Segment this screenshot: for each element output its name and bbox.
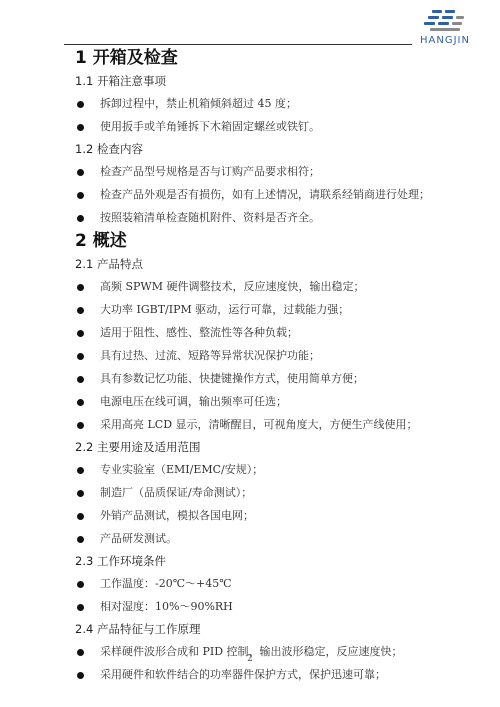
section-heading: 2.1 产品特点 bbox=[75, 253, 495, 275]
list-item-text: 采用硬件和软件结合的功率器件保护方式，保护迅速可靠； bbox=[100, 668, 386, 681]
list-item: 产品研发测试。 bbox=[75, 527, 495, 550]
company-logo: HANGJIN bbox=[410, 8, 480, 48]
chapter-heading: 2 概述 bbox=[75, 229, 495, 253]
bullet-icon bbox=[77, 169, 84, 176]
document-body: 1 开箱及检查1.1 开箱注意事项拆卸过程中，禁止机箱倾斜超过 45 度；使用扳… bbox=[75, 46, 495, 686]
list-item: 大功率 IGBT/IPM 驱动，运行可靠，过载能力强； bbox=[75, 298, 495, 321]
list-item-text: 相对湿度：10%～90%RH bbox=[100, 600, 233, 613]
list-item-text: 具有参数记忆功能、快捷键操作方式，使用简单方便； bbox=[100, 372, 364, 385]
list-item-text: 产品研发测试。 bbox=[100, 532, 177, 545]
list-item-text: 具有过热、过流、短路等异常状况保护功能； bbox=[100, 349, 320, 362]
list-item-text: 制造厂（品质保证/寿命测试）； bbox=[100, 486, 252, 499]
logo-mark-icon bbox=[422, 8, 472, 34]
list-item-text: 电源电压在线可调，输出频率可任选； bbox=[100, 395, 287, 408]
list-item-text: 检查产品外观是否有损伤，如有上述情况，请联系经销商进行处理； bbox=[100, 188, 430, 201]
list-item-text: 使用扳手或羊角锤拆下木箱固定螺丝或铁钉。 bbox=[100, 120, 320, 133]
list-item: 专业实验室（EMI/EMC/安规）； bbox=[75, 458, 495, 481]
list-item-text: 拆卸过程中，禁止机箱倾斜超过 45 度； bbox=[100, 97, 297, 110]
bullet-icon bbox=[77, 604, 84, 611]
bullet-icon bbox=[77, 192, 84, 199]
list-item-text: 工作温度：-20℃～+45℃ bbox=[100, 577, 232, 590]
bullet-icon bbox=[77, 284, 84, 291]
bullet-icon bbox=[77, 101, 84, 108]
bullet-icon bbox=[77, 490, 84, 497]
list-item-text: 外销产品测试，模拟各国电网； bbox=[100, 509, 254, 522]
list-item: 采用硬件和软件结合的功率器件保护方式，保护迅速可靠； bbox=[75, 663, 495, 686]
bullet-icon bbox=[77, 467, 84, 474]
list-item: 检查产品型号规格是否与订购产品要求相符； bbox=[75, 160, 495, 183]
page-number: 2 bbox=[0, 654, 500, 664]
list-item: 适用于阻性、感性、整流性等各种负载； bbox=[75, 321, 495, 344]
bullet-icon bbox=[77, 124, 84, 131]
section-heading: 1.2 检查内容 bbox=[75, 138, 495, 160]
header-rule bbox=[64, 44, 412, 45]
list-item: 相对湿度：10%～90%RH bbox=[75, 595, 495, 618]
list-item-text: 专业实验室（EMI/EMC/安规）； bbox=[100, 463, 263, 476]
list-item: 外销产品测试，模拟各国电网； bbox=[75, 504, 495, 527]
bullet-icon bbox=[77, 307, 84, 314]
list-item-text: 检查产品型号规格是否与订购产品要求相符； bbox=[100, 165, 320, 178]
bullet-icon bbox=[77, 215, 84, 222]
logo-text: HANGJIN bbox=[410, 35, 480, 46]
list-item: 具有参数记忆功能、快捷键操作方式，使用简单方便； bbox=[75, 367, 495, 390]
list-item: 按照装箱清单检查随机附件、资料是否齐全。 bbox=[75, 206, 495, 229]
list-item: 高频 SPWM 硬件调整技术，反应速度快，输出稳定； bbox=[75, 275, 495, 298]
list-item-text: 高频 SPWM 硬件调整技术，反应速度快，输出稳定； bbox=[100, 280, 365, 293]
bullet-icon bbox=[77, 422, 84, 429]
bullet-icon bbox=[77, 536, 84, 543]
section-heading: 2.2 主要用途及适用范围 bbox=[75, 436, 495, 458]
list-item-text: 适用于阻性、感性、整流性等各种负载； bbox=[100, 326, 298, 339]
list-item: 制造厂（品质保证/寿命测试）； bbox=[75, 481, 495, 504]
bullet-icon bbox=[77, 376, 84, 383]
bullet-icon bbox=[77, 672, 84, 679]
list-item-text: 大功率 IGBT/IPM 驱动，运行可靠，过载能力强； bbox=[100, 303, 349, 316]
section-heading: 2.3 工作环境条件 bbox=[75, 550, 495, 572]
bullet-icon bbox=[77, 399, 84, 406]
chapter-heading: 1 开箱及检查 bbox=[75, 46, 495, 70]
list-item: 拆卸过程中，禁止机箱倾斜超过 45 度； bbox=[75, 92, 495, 115]
list-item: 采用高亮 LCD 显示，清晰醒目，可视角度大，方便生产线使用； bbox=[75, 413, 495, 436]
bullet-icon bbox=[77, 353, 84, 360]
bullet-icon bbox=[77, 330, 84, 337]
list-item: 工作温度：-20℃～+45℃ bbox=[75, 572, 495, 595]
section-heading: 2.4 产品特征与工作原理 bbox=[75, 618, 495, 640]
list-item: 使用扳手或羊角锤拆下木箱固定螺丝或铁钉。 bbox=[75, 115, 495, 138]
list-item-text: 采用高亮 LCD 显示，清晰醒目，可视角度大，方便生产线使用； bbox=[100, 418, 418, 431]
bullet-icon bbox=[77, 513, 84, 520]
bullet-icon bbox=[77, 581, 84, 588]
list-item: 具有过热、过流、短路等异常状况保护功能； bbox=[75, 344, 495, 367]
section-heading: 1.1 开箱注意事项 bbox=[75, 70, 495, 92]
list-item: 电源电压在线可调，输出频率可任选； bbox=[75, 390, 495, 413]
list-item-text: 按照装箱清单检查随机附件、资料是否齐全。 bbox=[100, 211, 320, 224]
list-item: 检查产品外观是否有损伤，如有上述情况，请联系经销商进行处理； bbox=[75, 183, 495, 206]
